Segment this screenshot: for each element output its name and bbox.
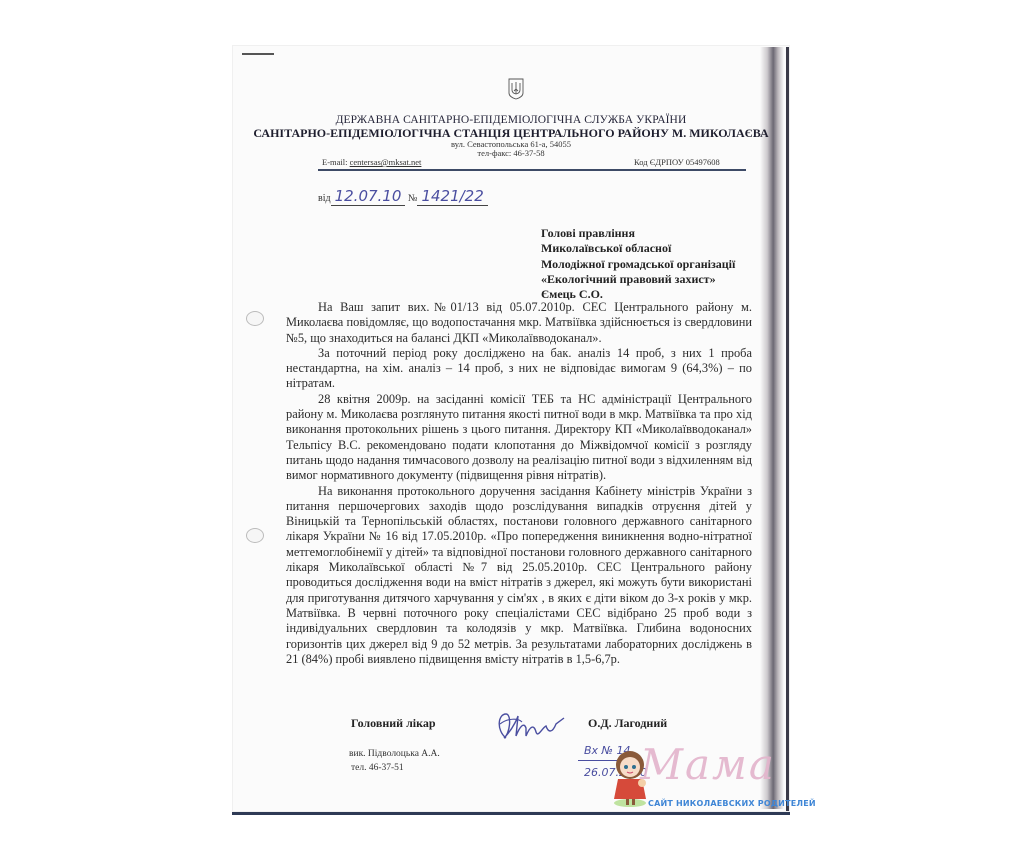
letterhead-address: вул. Севастопольська 61-а, 54055 тел-фак… xyxy=(232,140,790,158)
body-paragraph: На Ваш запит вих.№01/13 від 05.07.2010р.… xyxy=(286,300,752,346)
watermark-caption: САЙТ НИКОЛАЕВСКИХ РОДИТЕЛЕЙ xyxy=(648,799,816,808)
recipient-line: Молодіжної громадської організації xyxy=(541,257,735,272)
email-link[interactable]: centersas@mksat.net xyxy=(350,157,422,167)
scan-mark xyxy=(242,53,274,55)
scan-edge-line xyxy=(786,47,789,811)
executor-name: вик. Підволоцька А.А. xyxy=(349,747,440,761)
signer-title: Головний лікар xyxy=(351,716,436,731)
trident-coat-of-arms-icon xyxy=(508,78,524,100)
punch-hole xyxy=(246,528,264,543)
watermark-script: Мама xyxy=(640,740,776,789)
recipient-line: Голові правління xyxy=(541,226,735,241)
edrpou-code: Код ЄДРПОУ 05497608 xyxy=(634,157,720,167)
recipient-block: Голові правління Миколаївської обласної … xyxy=(541,226,735,302)
handwritten-signature-icon xyxy=(492,708,572,744)
agency-name: ДЕРЖАВНА САНІТАРНО-ЕПІДЕМІОЛОГІЧНА СЛУЖБ… xyxy=(232,114,790,126)
punch-hole xyxy=(246,311,264,326)
body-paragraph: На виконання протокольного доручення зас… xyxy=(286,484,752,668)
body-paragraph: 28 квітня 2009р. на засіданні комісії ТЕ… xyxy=(286,392,752,484)
letter-body: На Ваш запит вих.№01/13 від 05.07.2010р.… xyxy=(286,300,752,667)
number-label: № xyxy=(408,193,418,204)
email-label: E-mail: xyxy=(322,157,348,167)
executor-info: вик. Підволоцька А.А. тел. 46-37-51 xyxy=(349,747,440,775)
handwritten-date: 12.07.10 xyxy=(331,187,406,206)
scan-edge-shadow xyxy=(760,47,784,809)
outgoing-reference: від12.07.10 №1421/22 xyxy=(318,187,488,206)
recipient-line: Миколаївської обласної xyxy=(541,241,735,256)
body-paragraph: За поточний період року досліджено на ба… xyxy=(286,346,752,392)
signer-name: О.Д. Лагодний xyxy=(588,716,667,731)
email-line: E-mail: centersas@mksat.net xyxy=(322,157,421,167)
date-label: від xyxy=(318,193,331,204)
recipient-line: «Екологічний правовий захист» xyxy=(541,272,735,287)
executor-phone: тел. 46-37-51 xyxy=(349,761,440,775)
handwritten-number: 1421/22 xyxy=(417,187,487,206)
letterhead-divider xyxy=(318,169,746,171)
